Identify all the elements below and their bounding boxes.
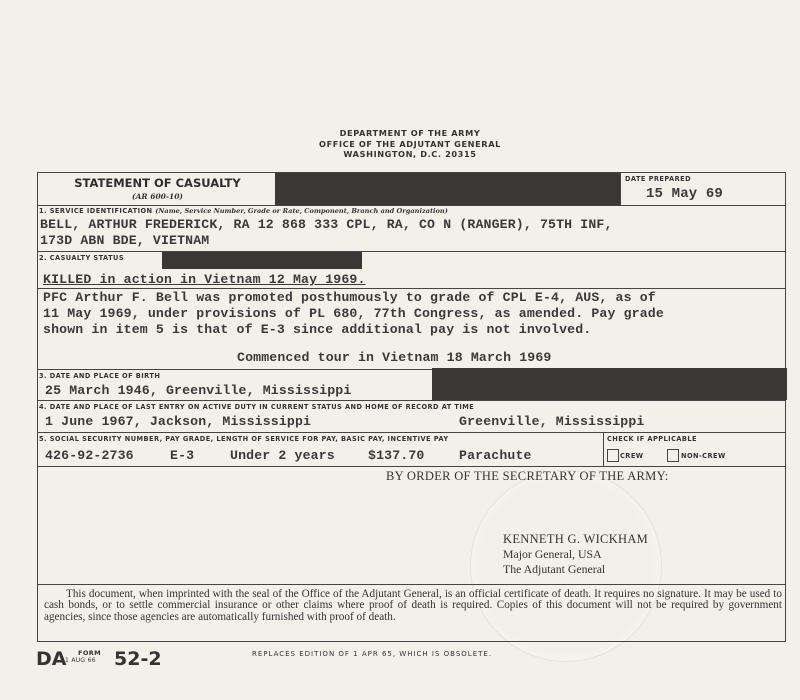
item1-label-note: (Name, Service Number, Grade or Rate, Co… bbox=[155, 207, 448, 215]
header-office: OFFICE OF THE ADJUTANT GENERAL bbox=[250, 139, 570, 150]
replaces-edition-note: REPLACES EDITION OF 1 APR 65, WHICH IS O… bbox=[252, 650, 492, 658]
form-number: 52-2 bbox=[114, 648, 162, 670]
form-title: STATEMENT OF CASUALTY bbox=[40, 176, 275, 190]
header-department: DEPARTMENT OF THE ARMY bbox=[250, 128, 570, 139]
redaction-birth-row bbox=[432, 368, 787, 400]
casualty-status-detail: in action in Vietnam 12 May 1969. bbox=[91, 272, 365, 287]
divider-item5 bbox=[37, 466, 786, 467]
form-word: FORM bbox=[78, 649, 101, 657]
remarks-line2: 11 May 1969, under provisions of PL 680,… bbox=[43, 306, 664, 321]
divider-item3 bbox=[37, 400, 786, 401]
redaction-casualty-status bbox=[162, 252, 362, 269]
divider-status bbox=[37, 288, 786, 289]
item3-label: 3. DATE AND PLACE OF BIRTH bbox=[39, 372, 160, 380]
casualty-status-killed: KILLED bbox=[43, 272, 91, 287]
home-of-record: Greenville, Mississippi bbox=[459, 414, 644, 429]
item1-label-text: 1. SERVICE IDENTIFICATION bbox=[39, 207, 153, 215]
birth-date-place: 25 March 1946, Greenville, Mississippi bbox=[45, 383, 351, 398]
service-identification-line2: 173D ABN BDE, VIETNAM bbox=[40, 233, 209, 248]
date-prepared-value: 15 May 69 bbox=[646, 186, 723, 202]
legal-notice-text: This document, when imprinted with the s… bbox=[44, 588, 782, 623]
incentive-pay-value: Parachute bbox=[459, 448, 532, 463]
check-if-applicable-label: CHECK IF APPLICABLE bbox=[607, 435, 697, 443]
divider-signature bbox=[37, 584, 786, 585]
last-entry-date-place: 1 June 1967, Jackson, Mississippi bbox=[45, 414, 311, 429]
remarks-line1: PFC Arthur F. Bell was promoted posthumo… bbox=[43, 290, 656, 305]
form-regulation: (AR 600-10) bbox=[40, 192, 275, 201]
ssn-value: 426-92-2736 bbox=[45, 448, 134, 463]
basic-pay-value: $137.70 bbox=[368, 448, 424, 463]
tour-commenced-note: Commenced tour in Vietnam 18 March 1969 bbox=[237, 350, 552, 365]
non-crew-label: NON-CREW bbox=[681, 452, 726, 460]
legal-notice: This document, when imprinted with the s… bbox=[44, 589, 782, 623]
signatory-title: The Adjutant General bbox=[503, 562, 605, 577]
signatory-name: KENNETH G. WICKHAM bbox=[503, 532, 648, 547]
divider-check-applicable bbox=[603, 432, 604, 466]
divider-date-prepared bbox=[620, 172, 621, 205]
item4-label: 4. DATE AND PLACE OF LAST ENTRY ON ACTIV… bbox=[39, 403, 474, 411]
header-address: WASHINGTON, D.C. 20315 bbox=[250, 149, 570, 160]
signatory-rank: Major General, USA bbox=[503, 547, 602, 562]
by-order-line: BY ORDER OF THE SECRETARY OF THE ARMY: bbox=[386, 469, 669, 484]
issuing-office-header: DEPARTMENT OF THE ARMY OFFICE OF THE ADJ… bbox=[250, 128, 570, 160]
remarks-line3: shown in item 5 is that of E-3 since add… bbox=[43, 322, 591, 337]
item1-label: 1. SERVICE IDENTIFICATION (Name, Service… bbox=[39, 207, 448, 215]
divider-item1 bbox=[37, 251, 786, 252]
divider-item4 bbox=[37, 432, 786, 433]
pay-grade-value: E-3 bbox=[170, 448, 194, 463]
casualty-status-value: KILLED in action in Vietnam 12 May 1969. bbox=[43, 272, 366, 287]
form-edition-date: 1 AUG 66 bbox=[65, 657, 96, 664]
redaction-title-row bbox=[275, 173, 620, 205]
form-prefix: DA bbox=[36, 648, 66, 670]
crew-checkbox[interactable] bbox=[607, 449, 619, 462]
length-of-service-value: Under 2 years bbox=[230, 448, 335, 463]
divider-title bbox=[37, 205, 786, 206]
crew-label: CREW bbox=[620, 452, 644, 460]
service-identification-line1: BELL, ARTHUR FREDERICK, RA 12 868 333 CP… bbox=[40, 217, 613, 232]
non-crew-checkbox[interactable] bbox=[667, 449, 679, 462]
item5-label: 5. SOCIAL SECURITY NUMBER, PAY GRADE, LE… bbox=[39, 435, 449, 443]
date-prepared-label: DATE PREPARED bbox=[625, 175, 691, 183]
item2-label: 2. CASUALTY STATUS bbox=[39, 254, 124, 262]
